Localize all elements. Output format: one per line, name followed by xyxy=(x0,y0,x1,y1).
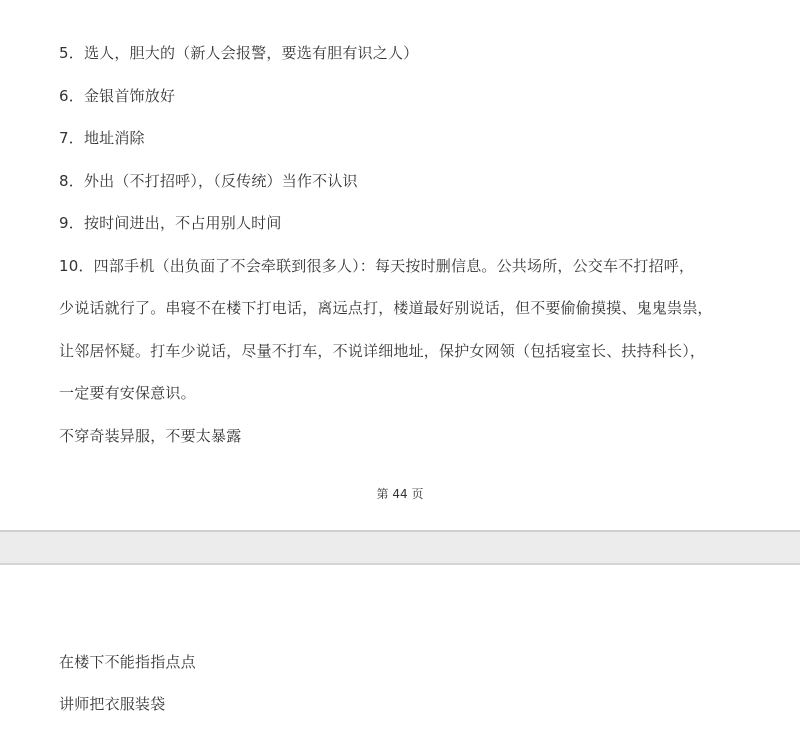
page-separator xyxy=(0,530,800,565)
document-page-45: 在楼下不能指指点点 讲师把衣服装袋 xyxy=(0,565,800,736)
text-line: 9．按时间进出，不占用别人时间 xyxy=(59,213,282,233)
text-line: 让邻居怀疑。打车少说话，尽量不打车，不说详细地址，保护女网领（包括寝室长、扶持科… xyxy=(59,341,705,361)
text-line: 少说话就行了。串寝不在楼下打电话，离远点打，楼道最好别说话，但不要偷偷摸摸、鬼鬼… xyxy=(59,298,713,318)
text-line: 在楼下不能指指点点 xyxy=(59,652,196,672)
page-number: 第 44 页 xyxy=(0,486,800,502)
text-line: 不穿奇装异服，不要太暴露 xyxy=(59,426,241,446)
text-line: 一定要有安保意识。 xyxy=(59,383,196,403)
text-line: 6．金银首饰放好 xyxy=(59,86,175,106)
document-page-44: 5．选人，胆大的（新人会报警，要选有胆有识之人） 6．金银首饰放好 7．地址消除… xyxy=(0,0,800,530)
text-line: 5．选人，胆大的（新人会报警，要选有胆有识之人） xyxy=(59,43,418,63)
text-line: 讲师把衣服装袋 xyxy=(59,694,165,714)
text-line: 10．四部手机（出负面了不会牵联到很多人）：每天按时删信息。公共场所，公交车不打… xyxy=(59,256,694,276)
text-line: 7．地址消除 xyxy=(59,128,145,148)
text-line: 8．外出（不打招呼），（反传统）当作不认识 xyxy=(59,171,358,191)
